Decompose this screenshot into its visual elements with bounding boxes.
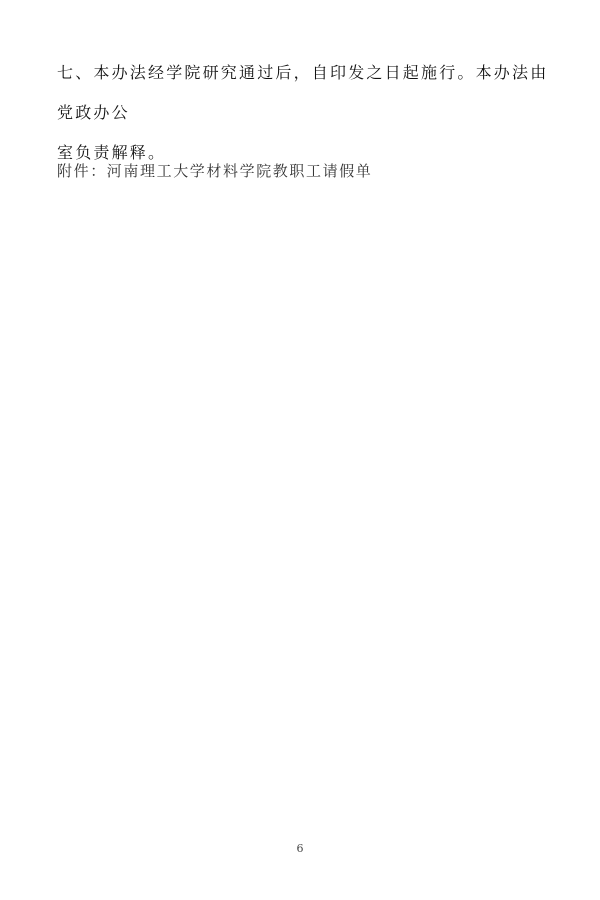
clause-seven: 七、本办法经学院研究通过后，自印发之日起施行。本办法由党政办公 室负责解释。 [57, 53, 557, 173]
page-number: 6 [0, 842, 600, 855]
document-page: 七、本办法经学院研究通过后，自印发之日起施行。本办法由党政办公 室负责解释。 附… [0, 0, 600, 900]
attachment-note: 附件：河南理工大学材料学院教职工请假单 [57, 160, 372, 181]
clause-seven-line-1: 七、本办法经学院研究通过后，自印发之日起施行。本办法由党政办公 [57, 53, 557, 133]
